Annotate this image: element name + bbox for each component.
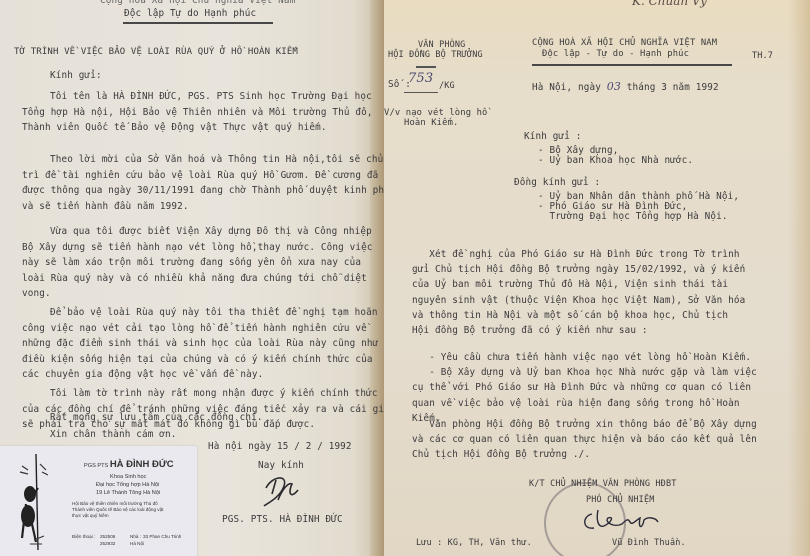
cc-recipient: Trường Đại học Tổng hợp Hà Nội. <box>538 212 728 222</box>
right-body-line: và thông tin Hà Nội và một số cán bộ kho… <box>412 309 728 322</box>
document-number-underline <box>404 92 438 93</box>
card-phone: 252506 <box>100 534 115 540</box>
left-body-line: các chuyên gia động vật học về vấn đề nà… <box>22 368 263 381</box>
right-motto-underline <box>532 64 732 66</box>
country-name: CỘNG HOÀ XÃ HỘI CHỦ NGHĨA VIỆT NAM <box>532 38 717 48</box>
left-body-line: điều kiện sống hiện tại của chúng và có … <box>22 353 373 366</box>
office-divider <box>416 66 436 68</box>
date-prefix: Hà Nội, ngày <box>532 82 601 93</box>
left-body-line: Tổng hợp Hà nội, Hội Bảo vệ Thiên nhiên … <box>22 106 373 119</box>
left-date-line: Hà nội ngày 15 / 2 / 1992 <box>208 440 352 453</box>
left-body-line: Tôi làm tờ trình này rất mong nhận được … <box>50 387 378 400</box>
right-motto: Độc lập - Tự do - Hạnh phúc <box>542 49 689 59</box>
left-signature-icon <box>258 470 308 512</box>
right-date-line: Hà Nội, ngày 03 tháng 3 năm 1992 <box>532 80 719 94</box>
business-card: PGS PTS HÀ ĐÌNH ĐỨC Khoa Sinh học Đại họ… <box>0 446 197 556</box>
left-document-title: TỜ TRÌNH VỀ VIỆC BẢO VỆ LOÀI RÙA QUÝ Ở H… <box>14 46 298 59</box>
card-phone-label: Điện thoại : <box>72 534 95 540</box>
card-line: Đại học Tổng hợp Hà Nội <box>96 482 159 489</box>
date-day: 03 <box>607 80 621 93</box>
right-body-line: gửi Chủ tịch Hội đồng Bộ trưởng ngày 15/… <box>412 263 745 276</box>
right-body-line: - Yêu cầu chưa tiến hành việc nạo vét lò… <box>412 351 751 364</box>
left-country-header: Cộng hoà Xã hội Chủ nghĩa Việt Nam <box>100 0 295 7</box>
date-suffix: tháng 3 năm 1992 <box>627 82 719 93</box>
left-body-line: Thành viên Quốc tế Bảo vệ Động vật Thực … <box>22 121 327 134</box>
right-body-line: - Bộ Xây dựng và Uỷ ban Khoa học Nhà nướ… <box>412 366 757 379</box>
right-to-label: Kính gửi : <box>524 130 581 143</box>
right-body-line: và các cơ quan có liên quan thực hiện và… <box>412 433 757 446</box>
right-body-line: Xét đề nghị của Phó Giáo sư Hà Đình Đức … <box>412 248 740 261</box>
right-body-line: của Uỷ ban môi trường Thủ đô Hà Nội, Việ… <box>412 278 728 291</box>
left-body-line: được thông qua ngày 30/11/1991 đang chờ … <box>22 184 384 197</box>
left-body-line: trì đề tài nghiên cứu bảo vệ loài Rùa qu… <box>22 169 378 182</box>
card-address: 33 Phan Chu Trinh <box>143 534 181 540</box>
card-prefix: PGS PTS <box>84 463 108 469</box>
right-document-page: K. Chuân Vy VĂN PHÒNG HỘI ĐỒNG BỘ TRƯỞNG… <box>384 0 810 556</box>
left-body-line: Rất mong sự lưu tâm của các đồng chí. <box>50 411 263 424</box>
left-body-line: Để bảo vệ loài Rùa quý này tôi tha thiết… <box>50 306 378 319</box>
right-signature-icon <box>578 506 668 536</box>
right-body-line: Hội đồng Bộ trưởng đã có ý kiến như sau … <box>412 324 648 337</box>
document-number-value: 753 <box>408 72 433 85</box>
left-body-line: Theo lời mời của Sở Văn hoá và Thông tin… <box>50 153 383 166</box>
card-phone: 252932 <box>100 541 115 547</box>
card-line: Khoa Sinh học <box>110 474 146 481</box>
subject-line-2: Hoàn Kiếm. <box>404 118 458 128</box>
card-address-label: Nhà : <box>130 534 141 540</box>
document-code: TH.7 <box>752 50 773 63</box>
left-motto-underline <box>123 22 273 24</box>
left-body-line: những đặc điểm sinh thái và sinh học của… <box>22 337 378 350</box>
cc-label: Đồng kính gửi : <box>514 176 600 189</box>
right-body-line: cụ thể với Phó Giáo sư Hà Đình Đức và nh… <box>412 381 751 394</box>
left-signer-name: PGS. PTS. HÀ ĐÌNH ĐỨC <box>222 513 343 526</box>
left-salutation: Kính gửi: <box>50 69 102 82</box>
card-address: Hà Nội <box>130 541 144 547</box>
left-body-line: và sẽ tiến hành đầu năm 1992. <box>22 200 189 213</box>
left-body-line: này sẽ làm xáo trộn môi trường đang sống… <box>22 256 361 269</box>
right-body-line: Chủ tịch Hội đồng Bộ trưởng ./. <box>412 448 590 461</box>
left-body-line: Xin chân thành cám ơn. <box>50 428 176 441</box>
right-body-line: quan về việc bảo vệ loài rùa hiện đang s… <box>412 397 740 410</box>
document-number-suffix: /KG <box>439 80 455 93</box>
left-body-line: Vừa qua tôi được biết Viện Xây dựng Đô t… <box>50 225 372 238</box>
left-document-page: Cộng hoà Xã hội Chủ nghĩa Việt Nam Độc l… <box>0 0 384 556</box>
office-line-1: VĂN PHÒNG <box>418 40 465 50</box>
subject-line-1: V/v nạo vét lòng hồ <box>384 108 487 118</box>
to-recipient: - Uỷ ban Khoa học Nhà nước. <box>538 156 693 166</box>
left-motto: Độc lập Tự do Hạnh phúc <box>124 7 256 20</box>
right-body-line: nguyên sinh vật (thuộc Viện Khoa học Việ… <box>412 294 745 307</box>
card-affiliation: thực vật quý hiếm <box>72 513 109 519</box>
monkey-on-bamboo-icon <box>16 454 50 550</box>
left-body-line: loài Rùa quý này và có nhiều khả năng đư… <box>22 272 367 285</box>
office-line-2: HỘI ĐỒNG BỘ TRƯỞNG <box>388 50 483 60</box>
card-name: HÀ ĐÌNH ĐỨC <box>110 459 174 470</box>
right-signer-name: Vũ Đình Thuần. <box>612 537 686 550</box>
left-body-line: Tôi tên là HÀ ĐÌNH ĐỨC, PGS. PTS Sinh họ… <box>50 90 372 103</box>
left-body-line: vong. <box>22 287 51 300</box>
handwritten-note: K. Chuân Vy <box>632 0 707 8</box>
card-line: 19 Lê Thánh Tông Hà Nội <box>96 490 160 497</box>
right-body-line: Văn phòng Hội đồng Bộ trưởng xin thông b… <box>412 418 757 431</box>
storage-note: Lưu : KG, TH, Văn thư. <box>416 537 532 550</box>
left-body-line: Bộ Xây dựng sẽ tiến hành nạo vét lòng hồ… <box>22 241 373 254</box>
left-body-line: công việc nạo vét cải tạo lòng hồ để tiế… <box>22 322 367 335</box>
